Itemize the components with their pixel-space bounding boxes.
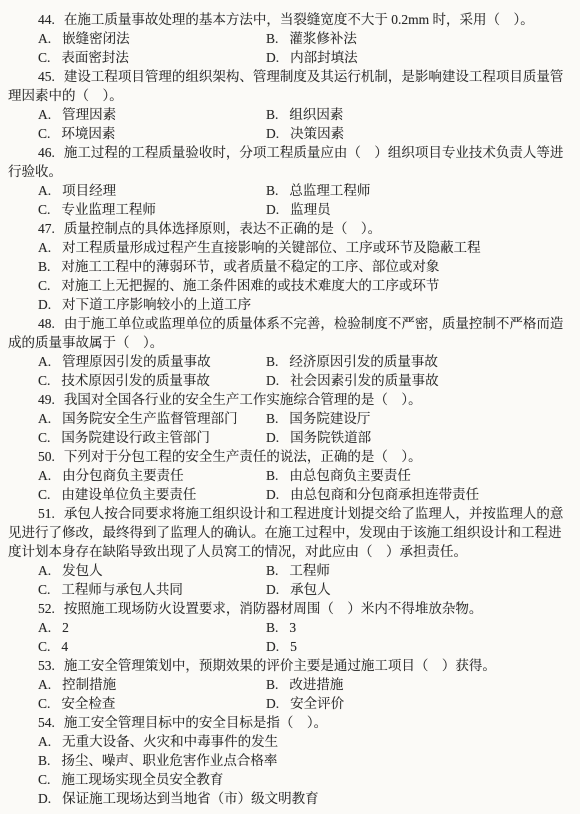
option-text: 对施工上无把握的、施工条件困难的或技术难度大的工序或环节 — [61, 278, 439, 293]
option-a: A.控制措施 — [38, 675, 266, 694]
option-text: 经济原因引发的质量事故 — [289, 354, 438, 369]
option-text: 安全检查 — [61, 696, 115, 711]
option-label: D. — [266, 430, 279, 445]
option-row: A.2B.3 — [38, 618, 574, 637]
option-label: D. — [38, 791, 51, 806]
option-label: C. — [38, 696, 50, 711]
question-text: 我国对全国各行业的安全生产工作实施综合管理的是（ ）。 — [64, 392, 422, 407]
question-block: 48.由于施工单位或监理单位的质量体系不完善，检验制度不严密，质量控制不严格而造… — [8, 314, 574, 390]
option-label: B. — [266, 468, 278, 483]
option-c: C.环境因素 — [38, 124, 266, 143]
option-text: 发包人 — [62, 563, 103, 578]
option-label: D. — [266, 696, 279, 711]
option-label: B. — [266, 563, 278, 578]
option-label: B. — [38, 259, 50, 274]
option-text: 控制措施 — [62, 677, 116, 692]
question-block: 53.施工安全管理策划中，预期效果的评价主要是通过施工项目（ ）获得。A.控制措… — [8, 656, 574, 713]
option-d: D.国务院铁道部 — [266, 428, 574, 447]
option-c: C.对施工上无把握的、施工条件困难的或技术难度大的工序或环节 — [38, 276, 574, 295]
question-number: 51. — [38, 506, 55, 521]
option-b: B.工程师 — [266, 561, 574, 580]
option-text: 国务院建设厅 — [289, 411, 370, 426]
option-label: C. — [38, 772, 50, 787]
option-row: C.安全检查D.安全评价 — [38, 694, 574, 713]
question-text: 施工过程的工程质量验收时，分项工程质量应由（ ）组织项目专业技术负责人等进 — [64, 145, 564, 160]
option-text: 施工现场实现全员安全教育 — [61, 772, 223, 787]
option-a: A.由分包商负主要责任 — [38, 466, 266, 485]
option-text: 环境因素 — [61, 126, 115, 141]
option-c: C.国务院建设行政主管部门 — [38, 428, 266, 447]
option-row: C.技术原因引发的质量事故D.社会因素引发的质量事故 — [38, 371, 574, 390]
option-row: C.由建设单位负主要责任D.由总包商和分包商承担连带责任 — [38, 485, 574, 504]
option-a: A.嵌缝密闭法 — [38, 29, 266, 48]
option-label: D. — [266, 126, 279, 141]
option-row: C.国务院建设行政主管部门D.国务院铁道部 — [38, 428, 574, 447]
option-b: B.组织因素 — [266, 105, 574, 124]
option-text: 4 — [61, 639, 68, 654]
option-label: B. — [266, 183, 278, 198]
option-label: B. — [266, 620, 278, 635]
option-label: C. — [38, 373, 50, 388]
option-d: D.社会因素引发的质量事故 — [266, 371, 574, 390]
option-label: D. — [266, 487, 279, 502]
question-line: 见进行了修改，最终得到了监理人的确认。在施工过程中，发现由于该施工组织设计和工程… — [8, 523, 574, 542]
question-line: 49.我国对全国各行业的安全生产工作实施综合管理的是（ ）。 — [8, 390, 574, 409]
option-d: D.内部封填法 — [266, 48, 574, 67]
option-label: A. — [38, 468, 51, 483]
question-number: 50. — [38, 449, 55, 464]
option-a: A.2 — [38, 618, 266, 637]
question-line: 50.下列对于分包工程的安全生产责任的说法，正确的是（ ）。 — [8, 447, 574, 466]
option-a: A.项目经理 — [38, 181, 266, 200]
option-a: A.管理原因引发的质量事故 — [38, 352, 266, 371]
option-row: A.管理原因引发的质量事故B.经济原因引发的质量事故 — [38, 352, 574, 371]
option-b: B.由总包商负主要责任 — [266, 466, 574, 485]
option-text: 嵌缝密闭法 — [62, 31, 130, 46]
option-label: C. — [38, 639, 50, 654]
question-block: 45.建设工程项目管理的组织架构、管理制度及其运行机制，是影响建设工程项目质量管… — [8, 67, 574, 143]
option-b: B.扬尘、噪声、职业危害作业点合格率 — [38, 751, 574, 770]
option-label: C. — [38, 202, 50, 217]
option-text: 改进措施 — [289, 677, 343, 692]
option-text: 3 — [289, 620, 296, 635]
option-text: 安全评价 — [290, 696, 344, 711]
option-text: 2 — [62, 620, 69, 635]
option-label: A. — [38, 563, 51, 578]
option-label: A. — [38, 183, 51, 198]
option-label: A. — [38, 734, 51, 749]
question-text: 建设工程项目管理的组织架构、管理制度及其运行机制，是影响建设工程项目质量管 — [64, 69, 564, 84]
option-text: 组织因素 — [289, 107, 343, 122]
option-d: D.保证施工现场达到当地省（市）级文明教育 — [38, 789, 574, 808]
question-line: 度计划本身存在缺陷导致出现了人员窝工的情况，对此应由（ ）承担责任。 — [8, 542, 574, 561]
option-label: A. — [38, 240, 51, 255]
option-c: C.安全检查 — [38, 694, 266, 713]
question-text: 见进行了修改，最终得到了监理人的确认。在施工过程中，发现由于该施工组织设计和工程… — [8, 525, 562, 540]
option-a: A.无重大设备、火灾和中毒事件的发生 — [38, 732, 574, 751]
option-text: 专业监理工程师 — [61, 202, 156, 217]
option-text: 由总包商负主要责任 — [289, 468, 411, 483]
option-a: A.国务院安全生产监督管理部门 — [38, 409, 266, 428]
option-text: 由建设单位负主要责任 — [61, 487, 196, 502]
option-text: 监理员 — [290, 202, 331, 217]
option-d: D.承包人 — [266, 580, 574, 599]
exam-document-page: 44.在施工质量事故处理的基本方法中，当裂缝宽度不大于 0.2mm 时，采用（ … — [0, 0, 580, 814]
option-text: 管理原因引发的质量事故 — [62, 354, 211, 369]
question-text: 施工安全管理目标中的安全目标是指（ ）。 — [64, 715, 327, 730]
question-block: 44.在施工质量事故处理的基本方法中，当裂缝宽度不大于 0.2mm 时，采用（ … — [8, 10, 574, 67]
option-text: 管理因素 — [62, 107, 116, 122]
option-b: B.3 — [266, 618, 574, 637]
question-text: 在施工质量事故处理的基本方法中，当裂缝宽度不大于 0.2mm 时，采用（ ）。 — [64, 12, 534, 27]
option-d: D.5 — [266, 637, 574, 656]
option-b: B.对施工工程中的薄弱环节，或者质量不稳定的工序、部位或对象 — [38, 257, 574, 276]
question-block: 49.我国对全国各行业的安全生产工作实施综合管理的是（ ）。A.国务院安全生产监… — [8, 390, 574, 447]
option-text: 国务院铁道部 — [290, 430, 371, 445]
question-line: 理因素中的（ ）。 — [8, 86, 574, 105]
option-text: 社会因素引发的质量事故 — [290, 373, 439, 388]
option-text: 由分包商负主要责任 — [62, 468, 184, 483]
question-block: 52.按照施工现场防火设置要求，消防器材周围（ ）米内不得堆放杂物。A.2B.3… — [8, 599, 574, 656]
question-line: 44.在施工质量事故处理的基本方法中，当裂缝宽度不大于 0.2mm 时，采用（ … — [8, 10, 574, 29]
question-text: 度计划本身存在缺陷导致出现了人员窝工的情况，对此应由（ ）承担责任。 — [8, 544, 467, 559]
option-label: B. — [266, 354, 278, 369]
question-text: 成的质量事故属于（ ）。 — [8, 335, 163, 350]
question-line: 51.承包人按合同要求将施工组织设计和工程进度计划提交给了监理人，并按监理人的意 — [8, 504, 574, 523]
option-text: 对工程质量形成过程产生直接影响的关键部位、工序或环节及隐蔽工程 — [62, 240, 481, 255]
question-number: 44. — [38, 12, 55, 27]
question-list: 44.在施工质量事故处理的基本方法中，当裂缝宽度不大于 0.2mm 时，采用（ … — [8, 10, 574, 808]
question-line: 54.施工安全管理目标中的安全目标是指（ ）。 — [8, 713, 574, 732]
option-text: 承包人 — [290, 582, 331, 597]
option-text: 内部封填法 — [290, 50, 358, 65]
question-line: 行验收。 — [8, 162, 574, 181]
option-label: A. — [38, 107, 51, 122]
question-text: 按照施工现场防火设置要求，消防器材周围（ ）米内不得堆放杂物。 — [64, 601, 483, 616]
option-c: C.施工现场实现全员安全教育 — [38, 770, 574, 789]
option-text: 无重大设备、火灾和中毒事件的发生 — [62, 734, 278, 749]
question-block: 54.施工安全管理目标中的安全目标是指（ ）。A.无重大设备、火灾和中毒事件的发… — [8, 713, 574, 808]
question-text: 施工安全管理策划中，预期效果的评价主要是通过施工项目（ ）获得。 — [64, 658, 496, 673]
question-line: 53.施工安全管理策划中，预期效果的评价主要是通过施工项目（ ）获得。 — [8, 656, 574, 675]
option-b: B.改进措施 — [266, 675, 574, 694]
option-label: B. — [266, 411, 278, 426]
option-label: A. — [38, 31, 51, 46]
option-row: C.专业监理工程师D.监理员 — [38, 200, 574, 219]
question-text: 由于施工单位或监理单位的质量体系不完善，检验制度不严密，质量控制不严格而造 — [64, 316, 564, 331]
option-label: D. — [266, 639, 279, 654]
question-text: 质量控制点的具体选择原则，表达不正确的是（ ）。 — [64, 221, 381, 236]
option-label: A. — [38, 677, 51, 692]
question-line: 48.由于施工单位或监理单位的质量体系不完善，检验制度不严密，质量控制不严格而造 — [8, 314, 574, 333]
option-text: 表面密封法 — [61, 50, 129, 65]
option-label: B. — [266, 31, 278, 46]
option-label: D. — [266, 50, 279, 65]
question-line: 46.施工过程的工程质量验收时，分项工程质量应由（ ）组织项目专业技术负责人等进 — [8, 143, 574, 162]
option-text: 项目经理 — [62, 183, 116, 198]
option-label: D. — [266, 202, 279, 217]
option-d: D.决策因素 — [266, 124, 574, 143]
option-b: B.总监理工程师 — [266, 181, 574, 200]
question-number: 49. — [38, 392, 55, 407]
option-label: D. — [266, 582, 279, 597]
option-c: C.工程师与承包人共同 — [38, 580, 266, 599]
option-row: A.发包人B.工程师 — [38, 561, 574, 580]
option-text: 保证施工现场达到当地省（市）级文明教育 — [62, 791, 319, 806]
option-row: C.4D.5 — [38, 637, 574, 656]
option-c: C.由建设单位负主要责任 — [38, 485, 266, 504]
option-a: A.发包人 — [38, 561, 266, 580]
option-label: C. — [38, 278, 50, 293]
option-d: D.对下道工序影响较小的上道工序 — [38, 295, 574, 314]
option-label: A. — [38, 354, 51, 369]
option-row: A.嵌缝密闭法B.灌浆修补法 — [38, 29, 574, 48]
option-label: A. — [38, 620, 51, 635]
question-block: 50.下列对于分包工程的安全生产责任的说法，正确的是（ ）。A.由分包商负主要责… — [8, 447, 574, 504]
option-text: 对施工工程中的薄弱环节，或者质量不稳定的工序、部位或对象 — [61, 259, 439, 274]
question-line: 47.质量控制点的具体选择原则，表达不正确的是（ ）。 — [8, 219, 574, 238]
option-label: D. — [38, 297, 51, 312]
question-text: 下列对于分包工程的安全生产责任的说法，正确的是（ ）。 — [64, 449, 422, 464]
option-b: B.国务院建设厅 — [266, 409, 574, 428]
option-label: C. — [38, 50, 50, 65]
option-text: 国务院建设行政主管部门 — [61, 430, 210, 445]
option-text: 由总包商和分包商承担连带责任 — [290, 487, 479, 502]
option-b: B.灌浆修补法 — [266, 29, 574, 48]
option-text: 国务院安全生产监督管理部门 — [62, 411, 238, 426]
option-text: 决策因素 — [290, 126, 344, 141]
option-text: 工程师 — [289, 563, 330, 578]
option-a: A.管理因素 — [38, 105, 266, 124]
option-c: C.技术原因引发的质量事故 — [38, 371, 266, 390]
question-block: 47.质量控制点的具体选择原则，表达不正确的是（ ）。A.对工程质量形成过程产生… — [8, 219, 574, 314]
option-row: C.工程师与承包人共同D.承包人 — [38, 580, 574, 599]
question-block: 46.施工过程的工程质量验收时，分项工程质量应由（ ）组织项目专业技术负责人等进… — [8, 143, 574, 219]
question-text: 行验收。 — [8, 164, 62, 179]
option-text: 对下道工序影响较小的上道工序 — [62, 297, 251, 312]
question-text: 理因素中的（ ）。 — [8, 88, 123, 103]
option-row: A.管理因素B.组织因素 — [38, 105, 574, 124]
option-text: 技术原因引发的质量事故 — [61, 373, 210, 388]
question-block: 51.承包人按合同要求将施工组织设计和工程进度计划提交给了监理人，并按监理人的意… — [8, 504, 574, 599]
option-c: C.4 — [38, 637, 266, 656]
option-text: 5 — [290, 639, 297, 654]
option-label: B. — [266, 677, 278, 692]
option-label: B. — [38, 753, 50, 768]
option-c: C.表面密封法 — [38, 48, 266, 67]
option-d: D.由总包商和分包商承担连带责任 — [266, 485, 574, 504]
option-text: 灌浆修补法 — [289, 31, 357, 46]
option-label: A. — [38, 411, 51, 426]
option-row: A.由分包商负主要责任B.由总包商负主要责任 — [38, 466, 574, 485]
question-text: 承包人按合同要求将施工组织设计和工程进度计划提交给了监理人，并按监理人的意 — [64, 506, 564, 521]
question-number: 54. — [38, 715, 55, 730]
option-c: C.专业监理工程师 — [38, 200, 266, 219]
option-label: C. — [38, 487, 50, 502]
option-a: A.对工程质量形成过程产生直接影响的关键部位、工序或环节及隐蔽工程 — [38, 238, 574, 257]
question-line: 52.按照施工现场防火设置要求，消防器材周围（ ）米内不得堆放杂物。 — [8, 599, 574, 618]
question-number: 47. — [38, 221, 55, 236]
option-label: D. — [266, 373, 279, 388]
option-label: C. — [38, 582, 50, 597]
question-number: 46. — [38, 145, 55, 160]
option-label: B. — [266, 107, 278, 122]
option-row: C.环境因素D.决策因素 — [38, 124, 574, 143]
option-b: B.经济原因引发的质量事故 — [266, 352, 574, 371]
option-d: D.安全评价 — [266, 694, 574, 713]
option-label: C. — [38, 126, 50, 141]
question-line: 成的质量事故属于（ ）。 — [8, 333, 574, 352]
option-d: D.监理员 — [266, 200, 574, 219]
question-line: 45.建设工程项目管理的组织架构、管理制度及其运行机制，是影响建设工程项目质量管 — [8, 67, 574, 86]
question-number: 45. — [38, 69, 55, 84]
question-number: 53. — [38, 658, 55, 673]
option-text: 工程师与承包人共同 — [61, 582, 183, 597]
option-row: A.控制措施B.改进措施 — [38, 675, 574, 694]
option-row: A.项目经理B.总监理工程师 — [38, 181, 574, 200]
option-row: A.国务院安全生产监督管理部门B.国务院建设厅 — [38, 409, 574, 428]
option-text: 扬尘、噪声、职业危害作业点合格率 — [61, 753, 277, 768]
option-row: C.表面密封法D.内部封填法 — [38, 48, 574, 67]
option-label: C. — [38, 430, 50, 445]
question-number: 48. — [38, 316, 55, 331]
question-number: 52. — [38, 601, 55, 616]
option-text: 总监理工程师 — [289, 183, 370, 198]
